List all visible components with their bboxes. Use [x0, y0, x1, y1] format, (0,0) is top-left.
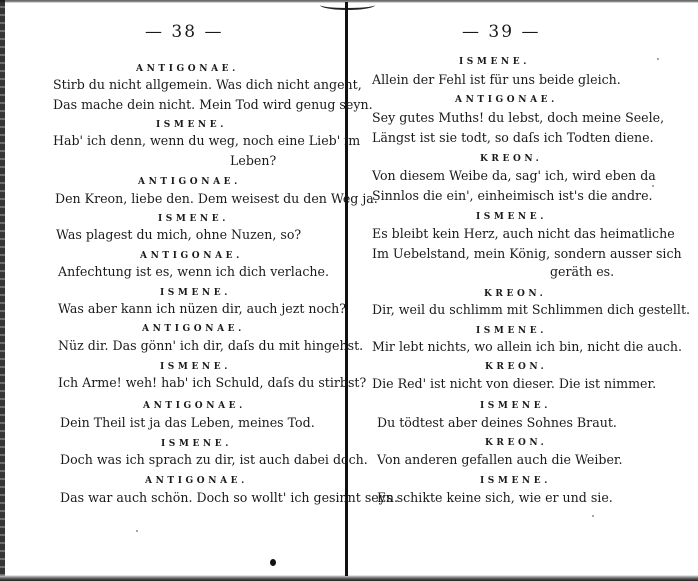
- speaker-label: ISMENE.: [161, 440, 232, 449]
- speaker-label: ANTIGONAE.: [143, 402, 246, 411]
- verse-line: Es schikte keine sich, wie er und sie.: [377, 492, 613, 505]
- paper-speck: [657, 58, 659, 60]
- verse-line: Mir lebt nichts, wo allein ich bin, nich…: [372, 341, 682, 354]
- paper-speck: [652, 185, 654, 187]
- verse-line: Es bleibt kein Herz, auch nicht das heim…: [372, 228, 675, 241]
- verse-line: Du tödtest aber deines Sohnes Braut.: [377, 417, 617, 430]
- speaker-label: KREON.: [480, 155, 542, 164]
- speaker-label: KREON.: [484, 290, 546, 299]
- verse-line: Leben?: [230, 155, 276, 168]
- speaker-label: ISMENE.: [158, 215, 229, 224]
- paper-speck: [592, 515, 594, 517]
- verse-line: Allein der Fehl ist für uns beide gleich…: [372, 74, 621, 87]
- verse-line: Dein Theil ist ja das Leben, meines Tod.: [60, 417, 315, 430]
- open-book-scan: — 38 — ANTIGONAE. Stirb du nicht allgeme…: [0, 0, 698, 581]
- verse-line: Ich Arme! weh! hab' ich Schuld, daſs du …: [58, 377, 366, 390]
- speaker-label: ANTIGONAE.: [142, 325, 245, 334]
- speaker-label: ISMENE.: [160, 289, 231, 298]
- speaker-label: KREON.: [485, 363, 547, 372]
- speaker-label: ANTIGONAE.: [455, 96, 558, 105]
- speaker-label: ISMENE.: [476, 213, 547, 222]
- speaker-label: ANTIGONAE.: [140, 252, 243, 261]
- page-38: — 38 — ANTIGONAE. Stirb du nicht allgeme…: [8, 0, 343, 575]
- verse-line: Das war auch schön. Doch so wollt' ich g…: [60, 492, 398, 505]
- speaker-label: KREON.: [485, 439, 547, 448]
- verse-line: Das mache dein nicht. Mein Tod wird genu…: [53, 99, 373, 112]
- verse-line: Was aber kann ich nüzen dir, auch jezt n…: [58, 303, 346, 316]
- verse-line: Die Red' ist nicht von dieser. Die ist n…: [372, 378, 656, 391]
- paper-speck: [136, 530, 138, 532]
- verse-line: geräth es.: [550, 266, 614, 279]
- speaker-label: ANTIGONAE.: [136, 65, 239, 74]
- page-number: — 38 —: [145, 22, 223, 42]
- verse-line: Von anderen gefallen auch die Weiber.: [377, 454, 623, 467]
- speaker-label: ISMENE.: [480, 477, 551, 486]
- speaker-label: ISMENE.: [160, 363, 231, 372]
- verse-line: Hab' ich denn, wenn du weg, noch eine Li…: [53, 135, 360, 148]
- verse-line: Doch was ich sprach zu dir, ist auch dab…: [60, 454, 368, 467]
- verse-line: Von diesem Weibe da, sag' ich, wird eben…: [372, 170, 656, 183]
- speaker-label: ISMENE.: [156, 121, 227, 130]
- ink-blot: [270, 559, 276, 566]
- speaker-label: ISMENE.: [476, 327, 547, 336]
- speaker-label: ISMENE.: [459, 58, 530, 67]
- speaker-label: ANTIGONAE.: [138, 178, 241, 187]
- verse-line: Stirb du nicht allgemein. Was dich nicht…: [53, 79, 362, 92]
- verse-line: Sey gutes Muths! du lebst, doch meine Se…: [372, 112, 664, 125]
- left-page-edge: [0, 0, 5, 581]
- page-number: — 39 —: [462, 22, 540, 42]
- verse-line: Was plagest du mich, ohne Nuzen, so?: [56, 229, 301, 242]
- bottom-page-edge: [0, 575, 698, 581]
- verse-line: Anfechtung ist es, wenn ich dich verlach…: [58, 266, 329, 279]
- verse-line: Nüz dir. Das gönn' ich dir, daſs du mit …: [58, 340, 363, 353]
- speaker-label: ISMENE.: [480, 402, 551, 411]
- verse-line: Dir, weil du schlimm mit Schlimmen dich …: [372, 304, 690, 317]
- verse-line: Im Uebelstand, mein König, sondern ausse…: [372, 248, 682, 261]
- verse-line: Sinnlos die ein', einheimisch ist's die …: [372, 190, 653, 203]
- speaker-label: ANTIGONAE.: [145, 477, 248, 486]
- page-39: — 39 — ISMENE. Allein der Fehl ist für u…: [352, 0, 692, 575]
- verse-line: Den Kreon, liebe den. Dem weisest du den…: [55, 193, 378, 206]
- verse-line: Längst ist sie todt, so daſs ich Todten …: [372, 132, 654, 145]
